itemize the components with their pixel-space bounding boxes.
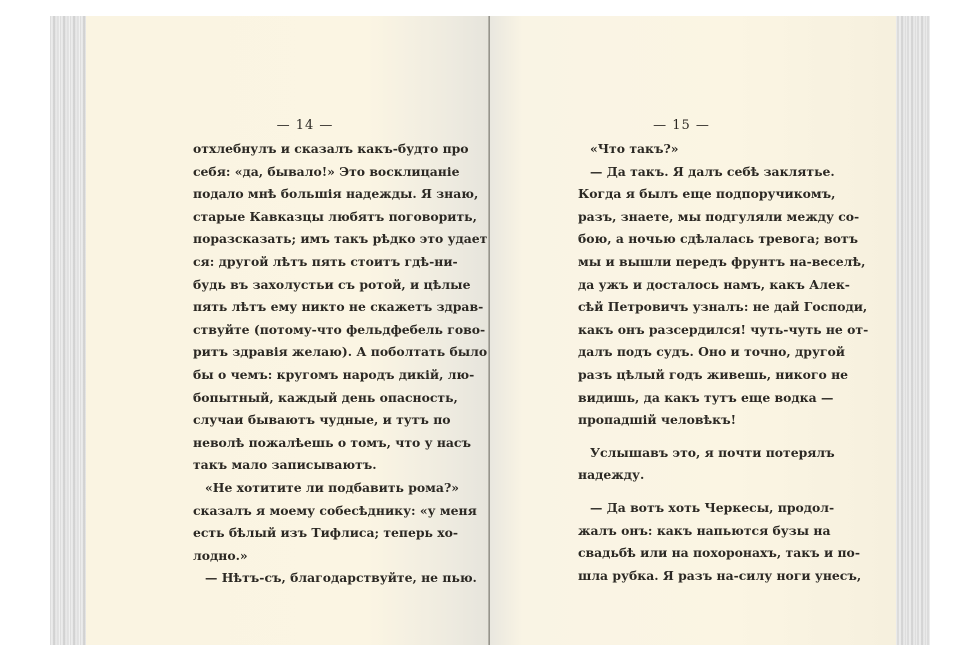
text-line: видишь, да какъ тутъ еще водка —: [578, 387, 785, 410]
text-line: разъ, знаете, мы подгуляли между со-: [578, 206, 785, 229]
text-line: случаи бываютъ чудные, и тутъ по: [193, 409, 417, 432]
text-line: неволѣ пожалѣешь о томъ, что у насъ: [193, 432, 417, 455]
text-line: жалъ онъ: какъ напьются бузы на: [578, 520, 785, 543]
text-line: сѣй Петровичъ узналъ: не дай Господи,: [578, 296, 785, 319]
text-line: какъ онъ разсердился! чуть-чуть не от-: [578, 319, 785, 342]
text-line: — Да вотъ хоть Черкесы, продол-: [578, 497, 785, 520]
text-line: подало мнѣ большія надежды. Я знаю,: [193, 183, 417, 206]
left-page: — 14 — отхлебнулъ и сказалъ какъ-будто п…: [86, 16, 490, 645]
page-edges-left: [50, 16, 86, 645]
text-line: Когда я былъ еще подпоручикомъ,: [578, 183, 785, 206]
page-edges-right: [896, 16, 930, 645]
text-line: будь въ захолустьи съ ротой, и цѣлые: [193, 274, 417, 297]
page-number-right: — 15 —: [578, 116, 785, 136]
text-line: бы о чемъ: кругомъ народъ дикій, лю-: [193, 364, 417, 387]
text-line: надежду.: [578, 464, 785, 487]
text-line: «Что такъ?»: [578, 138, 785, 161]
text-line: ствуйте (потому-что фельдфебель гово-: [193, 319, 417, 342]
open-book: — 14 — отхлебнулъ и сказалъ какъ-будто п…: [50, 16, 930, 645]
text-line: да ужъ и досталось намъ, какъ Алек-: [578, 274, 785, 297]
text-line: — Нѣтъ-съ, благодарствуйте, не пью.: [193, 567, 417, 590]
text-line: есть бѣлый изъ Тифлиса; теперь хо-: [193, 522, 417, 545]
text-line: Услышавъ это, я почти потерялъ: [578, 442, 785, 465]
text-line: свадьбѣ или на похоронахъ, такъ и по-: [578, 542, 785, 565]
text-line: разъ цѣлый годъ живешь, никого не: [578, 364, 785, 387]
right-page: — 15 — «Что такъ?» — Да такъ. Я далъ себ…: [490, 16, 896, 645]
text-line: шла рубка. Я разъ на-силу ноги унесъ,: [578, 565, 785, 588]
text-line: ритъ здравія желаю). А поболтать было: [193, 341, 417, 364]
text-line: пять лѣтъ ему никто не скажетъ здрав-: [193, 296, 417, 319]
text-line: себя: «да, бывало!» Это восклицаніе: [193, 161, 417, 184]
text-line: старые Кавказцы любятъ поговорить,: [193, 206, 417, 229]
text-line: далъ подъ судъ. Оно и точно, другой: [578, 341, 785, 364]
text-line: «Не хотитите ли подбавить рома?»: [193, 477, 417, 500]
text-line: пропадшій человѣкъ!: [578, 409, 785, 432]
text-line: бопытный, каждый день опасность,: [193, 387, 417, 410]
text-line: поразсказать; имъ такъ рѣдко это удает-: [193, 228, 417, 251]
right-page-text: — 15 — «Что такъ?» — Да такъ. Я далъ себ…: [578, 116, 785, 587]
text-line: такъ мало записываютъ.: [193, 454, 417, 477]
left-page-text: — 14 — отхлебнулъ и сказалъ какъ-будто п…: [193, 116, 417, 590]
text-line: бою, а ночью сдѣлалась тревога; вотъ: [578, 228, 785, 251]
text-line: мы и вышли передъ фрунтъ на-веселѣ,: [578, 251, 785, 274]
text-line: — Да такъ. Я далъ себѣ заклятье.: [578, 161, 785, 184]
text-line: отхлебнулъ и сказалъ какъ-будто про: [193, 138, 417, 161]
page-number-left: — 14 —: [193, 116, 417, 136]
text-line: ся: другой лѣтъ пять стоитъ гдѣ-ни-: [193, 251, 417, 274]
text-line: лодно.»: [193, 545, 417, 568]
text-line: сказалъ я моему собесѣднику: «у меня: [193, 500, 417, 523]
